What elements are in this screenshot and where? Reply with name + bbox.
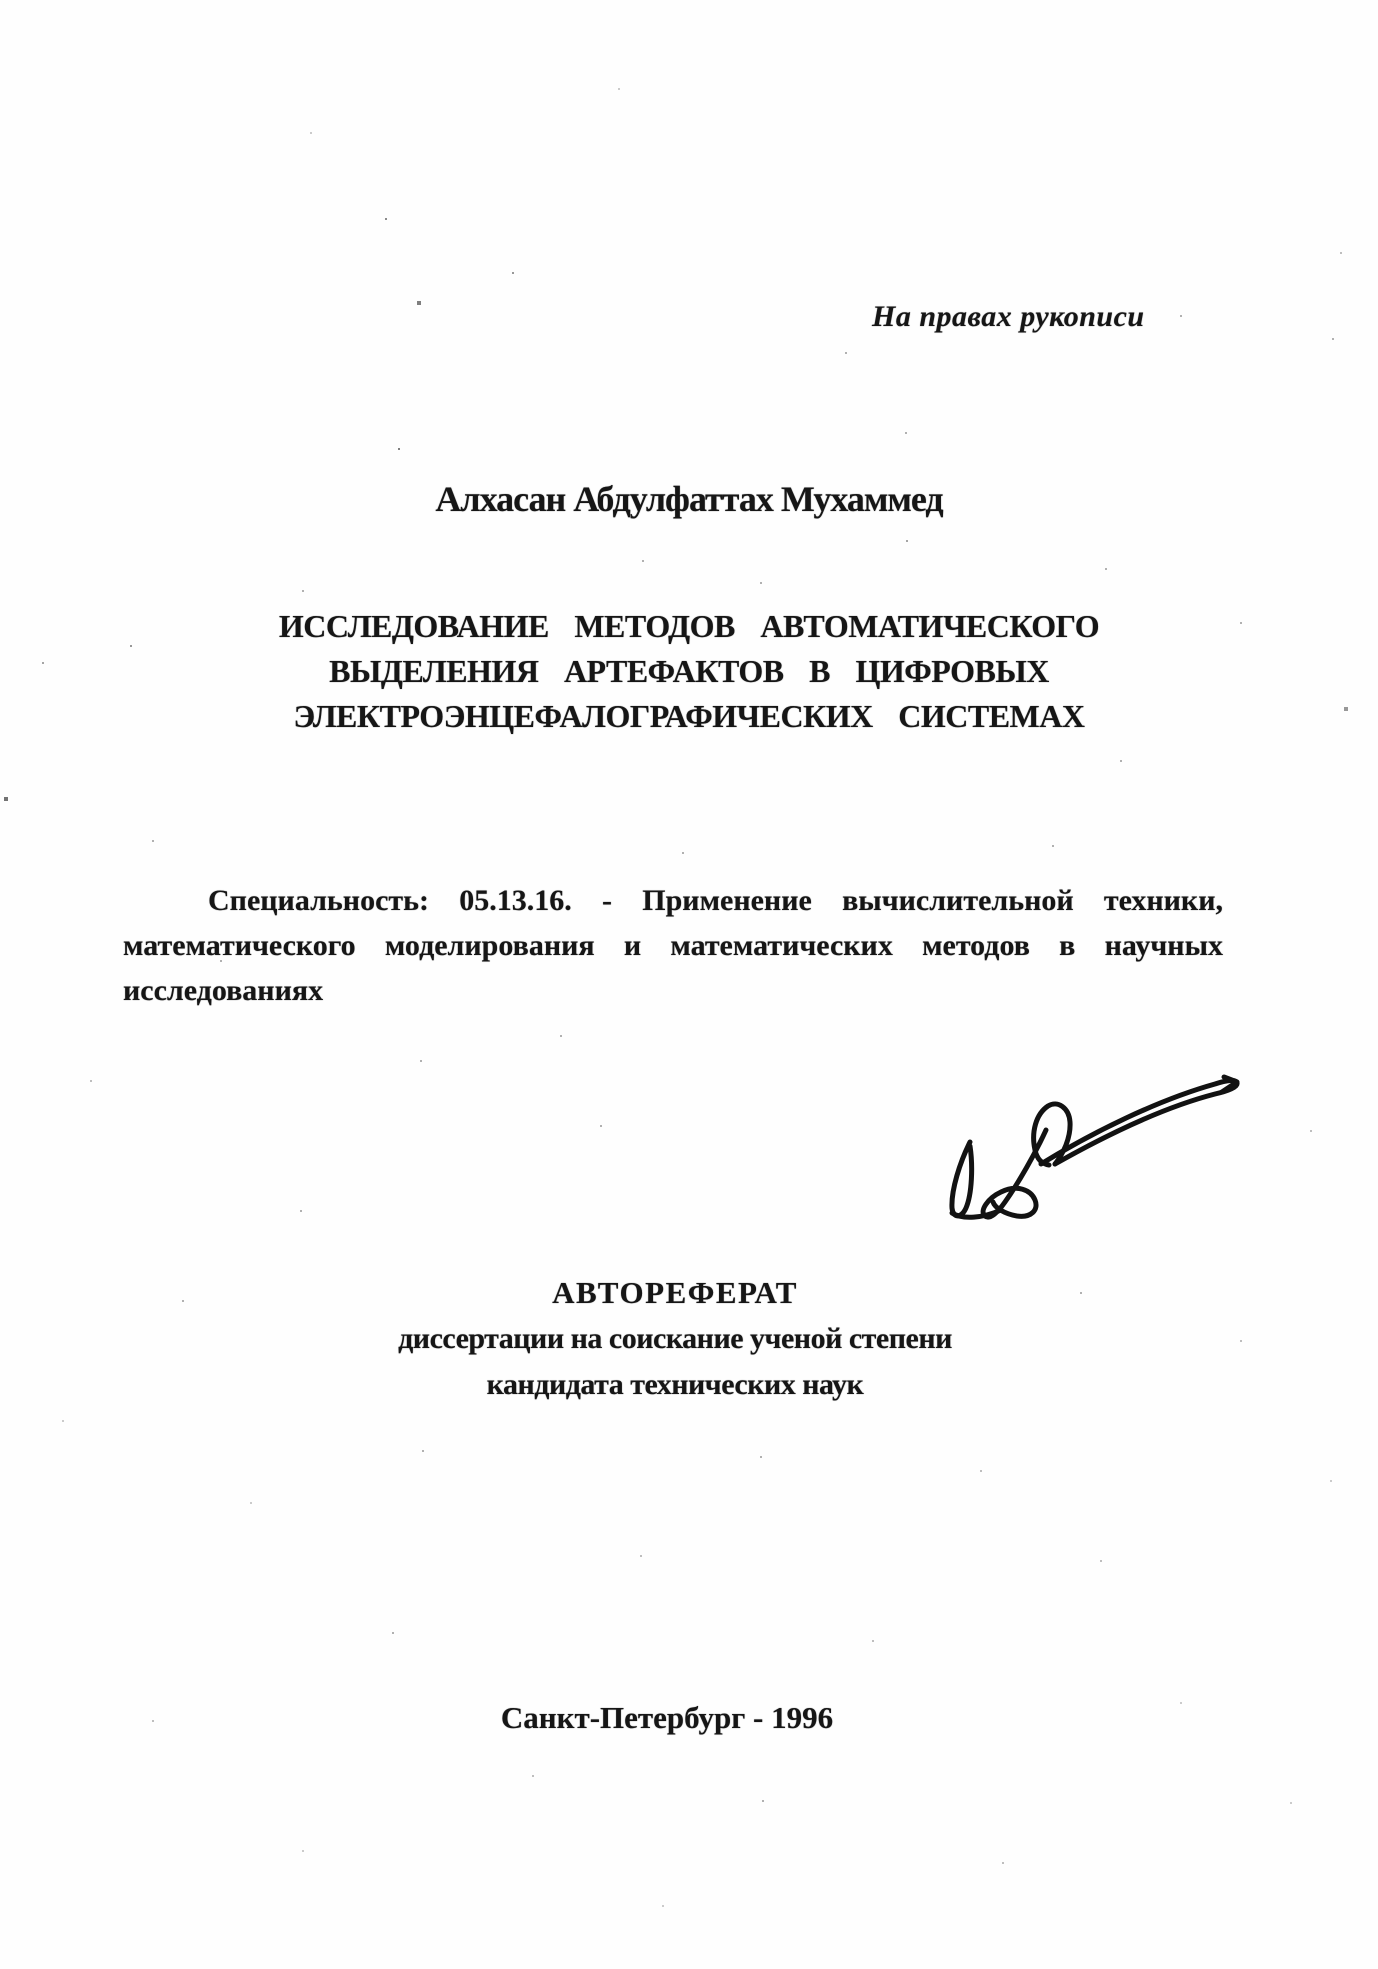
signature-mark xyxy=(943,1068,1245,1224)
author-name: Алхасан Абдулфаттах Мухаммед xyxy=(0,478,1378,520)
abstract-subtitle-line-2: кандидата технических наук xyxy=(0,1362,1364,1408)
title-line-3: ЭЛЕКТРОЭНЦЕФАЛОГРАФИЧЕСКИХ СИСТЕМАХ xyxy=(0,694,1378,739)
imprint-city-year: Санкт-Петербург - 1996 xyxy=(0,1700,1356,1736)
manuscript-rights-note: На правах рукописи xyxy=(872,300,1145,334)
scan-noise xyxy=(0,0,2,2)
scanned-title-page: На правах рукописи Алхасан Абдулфаттах М… xyxy=(0,0,1378,1969)
abstract-subtitle-line-1: диссертации на соискание ученой степени xyxy=(0,1316,1364,1362)
specialty-line-3: исследованиях xyxy=(123,968,1223,1013)
title-line-1: ИССЛЕДОВАНИЕ МЕТОДОВ АВТОМАТИЧЕСКОГО xyxy=(0,604,1378,649)
abstract-block: АВТОРЕФЕРАТ диссертации на соискание уче… xyxy=(0,1270,1364,1408)
specialty-paragraph: Специальность: 05.13.16. - Применение вы… xyxy=(123,878,1223,1013)
title-line-2: ВЫДЕЛЕНИЯ АРТЕФАКТОВ В ЦИФРОВЫХ xyxy=(0,649,1378,694)
abstract-heading: АВТОРЕФЕРАТ xyxy=(0,1270,1364,1316)
dissertation-title: ИССЛЕДОВАНИЕ МЕТОДОВ АВТОМАТИЧЕСКОГО ВЫД… xyxy=(0,604,1378,739)
specialty-line-2: математического моделирования и математи… xyxy=(123,923,1223,968)
specialty-line-1: Специальность: 05.13.16. - Применение вы… xyxy=(123,878,1223,923)
